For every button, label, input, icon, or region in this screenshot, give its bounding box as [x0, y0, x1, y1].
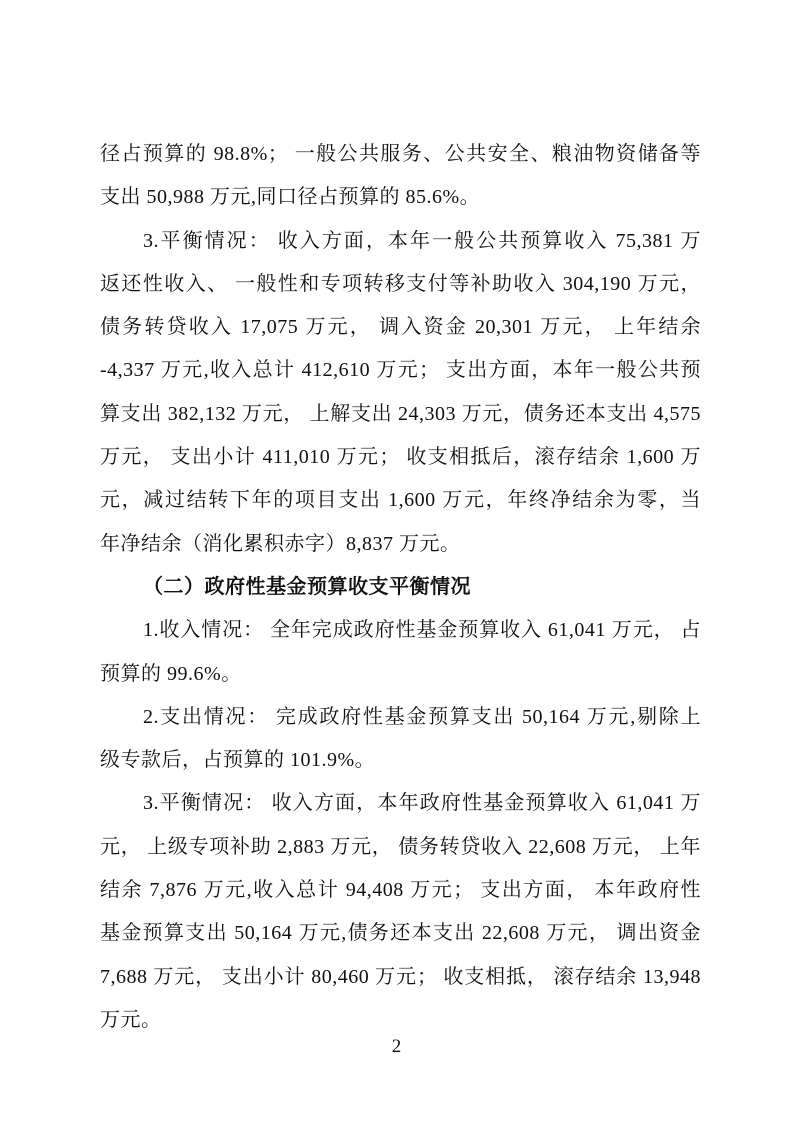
text-line: 万元， 支出小计 411,010 万元； 收支相抵后，滚存结余 1,600 万 — [100, 436, 701, 479]
text-line: 元， 上级专项补助 2,883 万元， 债务转贷收入 22,608 万元， 上年 — [100, 826, 701, 869]
text-line: 结余 7,876 万元,收入总计 94,408 万元； 支出方面， 本年政府性 — [100, 869, 701, 912]
text-line: 支出 50,988 万元,同口径占预算的 85.6%。 — [100, 176, 701, 219]
page-number: 2 — [0, 1036, 793, 1058]
body-text: 径占预算的 98.8%； 一般公共服务、公共安全、粮油物资储备等 支出 50,9… — [100, 133, 701, 1042]
section-heading: （二）政府性基金预算收支平衡情况 — [100, 566, 701, 609]
text-line: 元，减过结转下年的项目支出 1,600 万元，年终净结余为零，当 — [100, 479, 701, 522]
text-line: 年净结余（消化累积赤字）8,837 万元。 — [100, 523, 701, 566]
text-line: 7,688 万元， 支出小计 80,460 万元； 收支相抵， 滚存结余 13,… — [100, 956, 701, 999]
text-line: 1.收入情况： 全年完成政府性基金预算收入 61,041 万元， 占 — [100, 609, 701, 652]
text-line: 预算的 99.6%。 — [100, 653, 701, 696]
text-line: 3.平衡情况： 收入方面，本年政府性基金预算收入 61,041 万 — [100, 782, 701, 825]
text-line: 债务转贷收入 17,075 万元， 调入资金 20,301 万元， 上年结余 — [100, 306, 701, 349]
text-line: 径占预算的 98.8%； 一般公共服务、公共安全、粮油物资储备等 — [100, 133, 701, 176]
text-line: 基金预算支出 50,164 万元,债务还本支出 22,608 万元， 调出资金 — [100, 912, 701, 955]
text-line: 算支出 382,132 万元， 上解支出 24,303 万元，债务还本支出 4,… — [100, 393, 701, 436]
text-line: 2.支出情况： 完成政府性基金预算支出 50,164 万元,剔除上 — [100, 696, 701, 739]
text-line: 级专款后，占预算的 101.9%。 — [100, 739, 701, 782]
document-page: 径占预算的 98.8%； 一般公共服务、公共安全、粮油物资储备等 支出 50,9… — [0, 0, 793, 1122]
text-line: 返还性收入、 一般性和专项转移支付等补助收入 304,190 万元， — [100, 263, 701, 306]
text-line: 3.平衡情况： 收入方面，本年一般公共预算收入 75,381 万元， — [100, 220, 701, 263]
text-line: -4,337 万元,收入总计 412,610 万元； 支出方面，本年一般公共预 — [100, 349, 701, 392]
